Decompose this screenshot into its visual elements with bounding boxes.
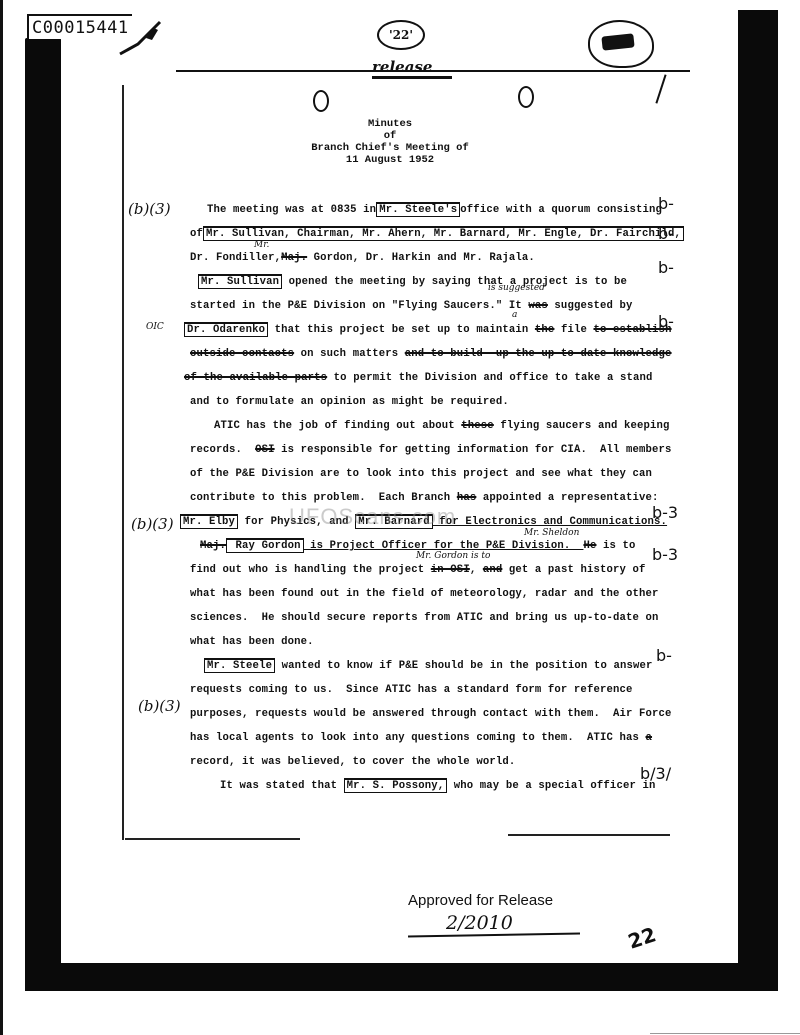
scan-artifact-line bbox=[650, 1033, 800, 1034]
redaction-bracket: Mr. Sullivan bbox=[198, 274, 282, 289]
handwritten-insert: Mr. bbox=[254, 240, 269, 250]
scan-border-left bbox=[25, 38, 61, 988]
margin-note-right: b- bbox=[658, 224, 674, 243]
body-line: find out who is handling the project in … bbox=[190, 563, 646, 577]
body-line: started in the P&E Division on "Flying S… bbox=[190, 299, 633, 313]
bottom-rule-right bbox=[508, 834, 670, 836]
header-rule bbox=[176, 70, 690, 72]
title-line: 11 August 1952 bbox=[0, 154, 790, 166]
body-line: Dr. Odarenko that this project be set up… bbox=[184, 323, 672, 337]
struck-text: these bbox=[461, 420, 494, 432]
margin-note-right: b- bbox=[658, 194, 674, 213]
handwritten-insert: Mr. Sheldon bbox=[524, 528, 579, 538]
struck-text: and bbox=[483, 564, 503, 576]
redaction-bracket: Mr. S. Possony, bbox=[344, 778, 448, 793]
body-line: what has been found out in the field of … bbox=[190, 587, 659, 601]
scan-border-bottom bbox=[25, 963, 778, 991]
body-line: what has been done. bbox=[190, 635, 314, 649]
body-line: It was stated that Mr. S. Possony, who m… bbox=[220, 779, 655, 793]
struck-text: outside contacts bbox=[190, 348, 294, 360]
body-line: and to formulate an opinion as might be … bbox=[190, 395, 509, 409]
title-line: of bbox=[0, 130, 790, 142]
body-line: contribute to this problem. Each Branch … bbox=[190, 491, 659, 505]
title-line: Minutes bbox=[0, 118, 790, 130]
struck-text: in OSI bbox=[431, 564, 470, 576]
body-line: has local agents to look into any questi… bbox=[190, 731, 652, 745]
margin-rule bbox=[122, 85, 124, 840]
body-line: Mr. Sullivan opened the meeting by sayin… bbox=[198, 275, 627, 289]
body-line: of the P&E Division are to look into thi… bbox=[190, 467, 652, 481]
body-line: requests coming to us. Since ATIC has a … bbox=[190, 683, 633, 697]
redaction-bracket: Mr. Steele's bbox=[376, 202, 460, 217]
signature-underline bbox=[372, 76, 452, 79]
struck-text: the bbox=[535, 324, 555, 336]
body-line: Dr. Fondiller,Maj. Gordon, Dr. Harkin an… bbox=[190, 251, 535, 265]
punch-hole-icon bbox=[313, 90, 329, 112]
document-id: C00015441 bbox=[27, 14, 132, 39]
margin-note-left: (b)(3) bbox=[138, 697, 181, 715]
header-signature: release bbox=[372, 58, 432, 76]
handwritten-insert: a bbox=[512, 310, 517, 320]
struck-text: of the available parts bbox=[184, 372, 327, 384]
release-stamp-date: 2/2010 bbox=[446, 912, 513, 934]
body-line: ofMr. Sullivan, Chairman, Mr. Ahern, Mr.… bbox=[190, 227, 684, 241]
bottom-rule-left bbox=[125, 838, 300, 840]
margin-note-left: (b)(3) bbox=[128, 200, 171, 218]
punch-hole-icon bbox=[518, 86, 534, 108]
margin-note-right: b- bbox=[656, 646, 672, 665]
watermark: UFOScans.com bbox=[289, 504, 456, 530]
body-line: outside contacts on such matters and to … bbox=[190, 347, 672, 361]
struck-text: He bbox=[583, 540, 596, 552]
struck-text: Maj. bbox=[281, 252, 307, 264]
body-line: ATIC has the job of finding out about th… bbox=[214, 419, 670, 433]
margin-note-right: b-3 bbox=[652, 545, 678, 564]
struck-text: a bbox=[646, 732, 653, 744]
handwritten-scribble-icon bbox=[118, 18, 163, 58]
redaction-bracket: Mr. Elby bbox=[180, 514, 238, 529]
circled-page-mark: '22' bbox=[377, 20, 425, 50]
margin-note-right: b- bbox=[658, 258, 674, 277]
redacted-stamp bbox=[588, 20, 654, 68]
body-line: The meeting was at 0835 inMr. Steele'sof… bbox=[207, 203, 662, 217]
release-stamp-label: Approved for Release bbox=[408, 892, 553, 909]
body-line: Mr. Steele wanted to know if P&E should … bbox=[204, 659, 653, 673]
margin-note-left: OIC bbox=[146, 322, 164, 332]
redaction-bracket: Dr. Odarenko bbox=[184, 322, 268, 337]
body-line: record, it was believed, to cover the wh… bbox=[190, 755, 515, 769]
margin-note-right: b- bbox=[658, 312, 674, 331]
body-line: of the available parts to permit the Div… bbox=[184, 371, 653, 385]
margin-note-right: b/3/ bbox=[640, 764, 671, 783]
body-line: records. OSI is responsible for getting … bbox=[190, 443, 672, 457]
body-line: purposes, requests would be answered thr… bbox=[190, 707, 672, 721]
title-line: Branch Chief's Meeting of bbox=[0, 142, 790, 154]
redacted-text: OSI bbox=[255, 444, 275, 456]
struck-text: was bbox=[528, 300, 548, 312]
handwritten-insert: is suggested bbox=[488, 283, 545, 293]
redaction-bracket: Mr. Sullivan, Chairman, Mr. Ahern, Mr. B… bbox=[203, 226, 684, 241]
body-line: sciences. He should secure reports from … bbox=[190, 611, 659, 625]
redaction-blot bbox=[601, 33, 634, 50]
margin-note-left: (b)(3) bbox=[131, 515, 174, 533]
document-title: Minutes of Branch Chief's Meeting of 11 … bbox=[0, 118, 800, 166]
handwritten-insert: Mr. Gordon is to bbox=[416, 551, 490, 561]
struck-text: has bbox=[457, 492, 477, 504]
struck-text: Maj. bbox=[200, 540, 226, 552]
redaction-bracket: Mr. Steele bbox=[204, 658, 275, 673]
redaction-bracket: Ray Gordon bbox=[226, 538, 304, 553]
margin-note-right: b-3 bbox=[652, 503, 678, 522]
struck-text: and to build up the up-to-date knowledge bbox=[405, 348, 672, 360]
